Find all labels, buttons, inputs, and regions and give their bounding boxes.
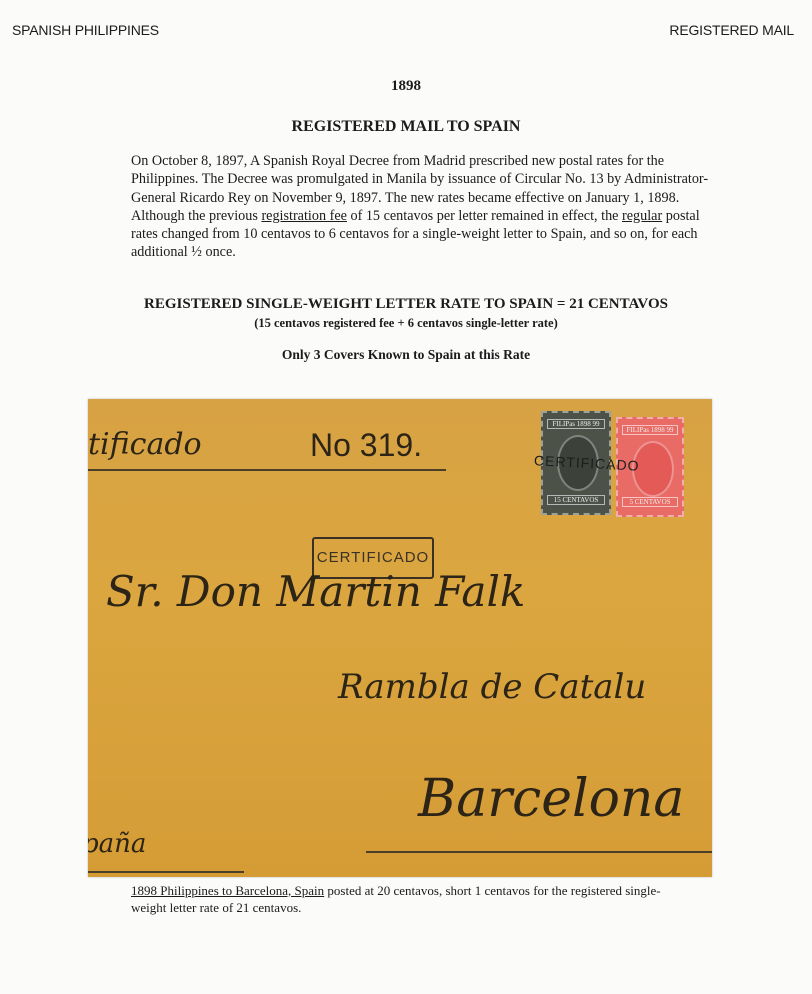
header-left-title: SPANISH PHILIPPINES <box>12 22 159 38</box>
intro-paragraph: On October 8, 1897, A Spanish Royal Decr… <box>131 152 721 262</box>
page-title: REGISTERED MAIL TO SPAIN <box>0 118 812 136</box>
handwritten-registry-number: No 319. <box>310 427 422 464</box>
underline-rule <box>88 469 446 471</box>
registration-fee-term: registration fee <box>261 208 346 224</box>
rate-subheading: (15 centavos registered fee + 6 centavos… <box>0 316 812 331</box>
handwritten-certificado: tificado <box>88 427 202 462</box>
cover-caption: 1898 Philippines to Barcelona, Spain pos… <box>131 883 691 916</box>
country-underline-rule <box>88 871 244 873</box>
stamp-value: 15 CENTAVOS <box>547 495 605 505</box>
page-year: 1898 <box>0 78 812 95</box>
caption-title: 1898 Philippines to Barcelona, Spain <box>131 883 324 898</box>
regular-term: regular <box>622 208 662 224</box>
handwritten-country: paña <box>88 829 146 859</box>
stamp-top-label: FILIPas 1898 99 <box>547 419 605 429</box>
known-covers-note: Only 3 Covers Known to Spain at this Rat… <box>0 347 812 363</box>
header-right-title: REGISTERED MAIL <box>669 22 794 38</box>
stamp-value: 5 CENTAVOS <box>622 497 678 507</box>
handwritten-street: Rambla de Catalu <box>338 667 646 707</box>
intro-text-2: of 15 centavos per letter remained in ef… <box>347 208 622 224</box>
handwritten-addressee: Sr. Don Martin Falk <box>106 567 525 616</box>
rate-heading: REGISTERED SINGLE-WEIGHT LETTER RATE TO … <box>0 296 812 313</box>
cover-image: tificado No 319. FILIPas 1898 99 15 CENT… <box>88 399 712 877</box>
city-underline-rule <box>366 851 712 853</box>
handwritten-city: Barcelona <box>418 769 684 829</box>
stamp-top-label: FILIPas 1898 99 <box>622 425 678 435</box>
